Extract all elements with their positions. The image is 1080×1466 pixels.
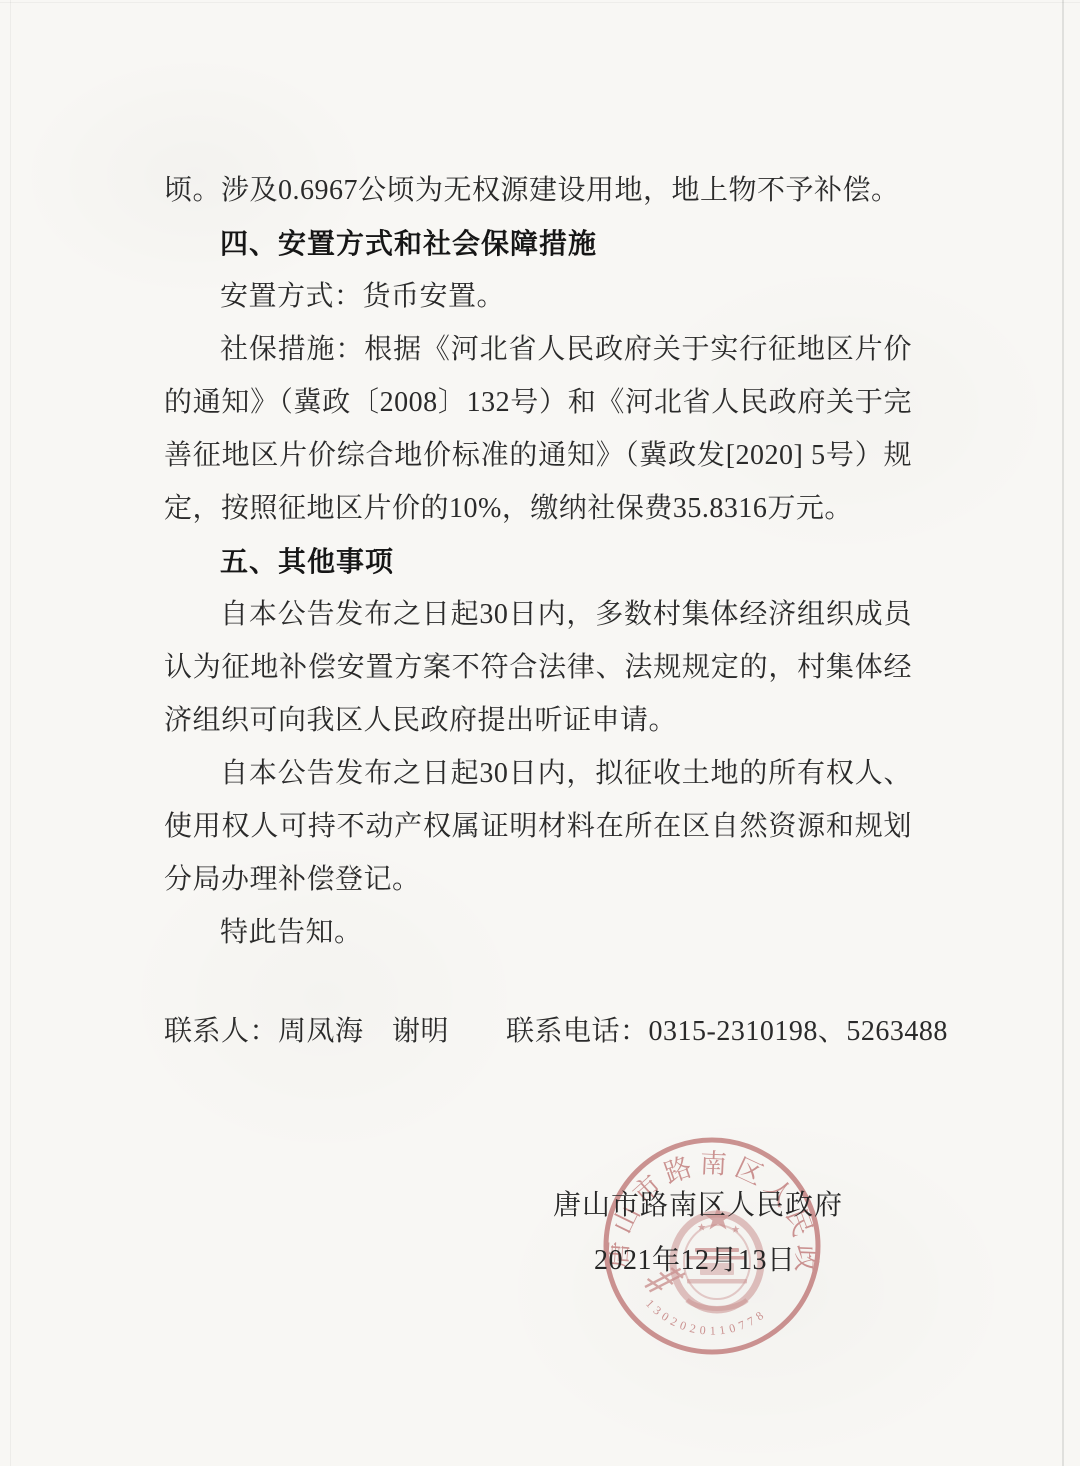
- signature-date: 2021年12月13日: [594, 1238, 796, 1278]
- paragraph-compensation-registration: 自本公告发布之日起30日内，拟征收土地的所有权人、使用权人可持不动产权属证明材料…: [164, 747, 912, 906]
- paragraph-hearing-request: 自本公告发布之日起30日内，多数村集体经济组织成员认为征地补偿安置方案不符合法律…: [164, 588, 912, 747]
- paragraph-social-security: 社保措施：根据《河北省人民政府关于实行征地区片价的通知》（冀政〔2008〕132…: [164, 323, 912, 535]
- paragraph-resettlement-method: 安置方式：货币安置。: [164, 270, 912, 323]
- scan-edge-left: [10, 0, 11, 1466]
- scan-edge-top: [0, 2, 1080, 3]
- section-5-heading: 五、其他事项: [164, 535, 912, 588]
- signature-issuer: 唐山市路南区人民政府: [553, 1183, 843, 1223]
- scan-edge-right: [1062, 0, 1064, 1466]
- section-4-heading: 四、安置方式和社会保障措施: [164, 217, 912, 270]
- paragraph-continuation: 顷。涉及0.6967公顷为无权源建设用地，地上物不予补偿。: [164, 164, 912, 217]
- scanned-document-page: 顷。涉及0.6967公顷为无权源建设用地，地上物不予补偿。 四、安置方式和社会保…: [0, 0, 1080, 1466]
- document-body: 顷。涉及0.6967公顷为无权源建设用地，地上物不予补偿。 四、安置方式和社会保…: [164, 164, 912, 1058]
- contact-line: 联系人：周凤海 谢明 联系电话：0315-2310198、5263488: [164, 1005, 912, 1058]
- seal-code: 1302020110778: [643, 1296, 770, 1337]
- paragraph-closing: 特此告知。: [164, 906, 912, 959]
